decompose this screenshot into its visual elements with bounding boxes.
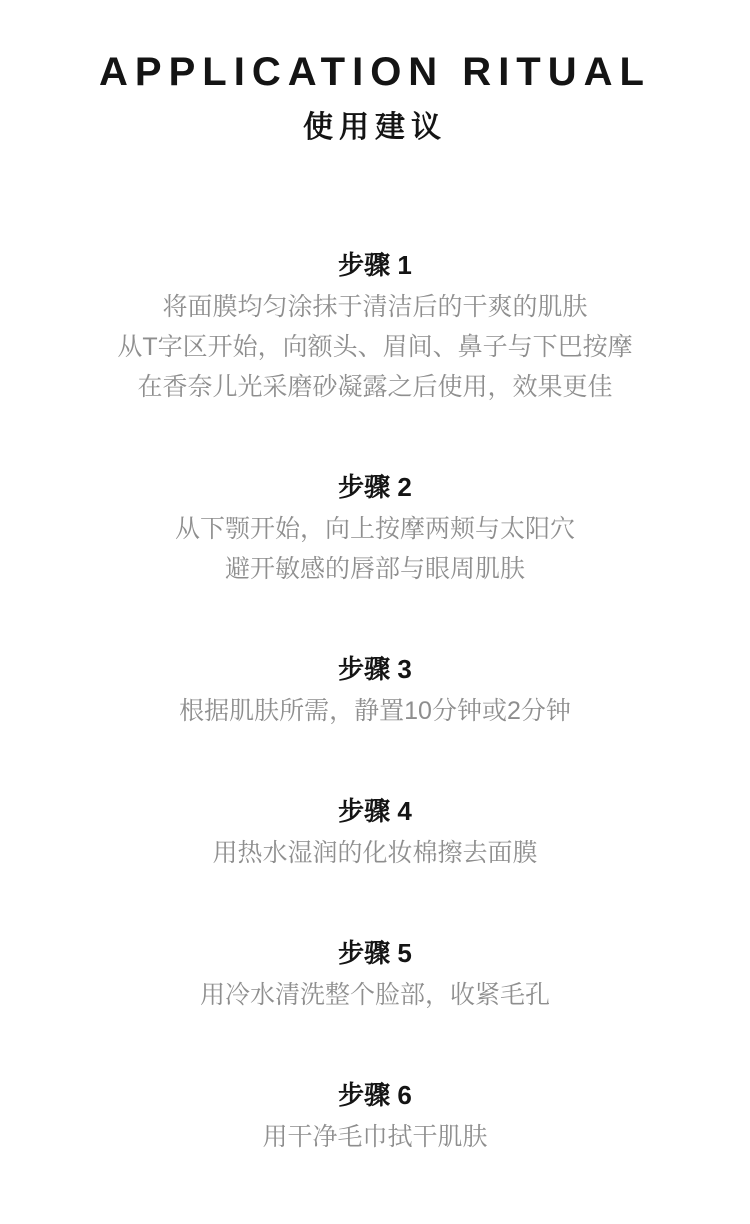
step-instruction-line: 避开敏感的唇部与眼周肌肤 — [0, 549, 750, 589]
step-instructions: 用热水湿润的化妆棉擦去面膜 — [0, 833, 750, 873]
step-instruction-line: 从下颚开始，向上按摩两颊与太阳穴 — [0, 509, 750, 549]
step-instructions: 将面膜均匀涂抹于清洁后的干爽的肌肤 从T字区开始，向额头、眉间、鼻子与下巴按摩 … — [0, 287, 750, 407]
section-header: APPLICATION RITUAL 使用建议 — [0, 0, 750, 148]
step-instructions: 根据肌肤所需，静置10分钟或2分钟 — [0, 691, 750, 731]
step-instruction-line: 根据肌肤所需，静置10分钟或2分钟 — [0, 691, 750, 731]
step-instruction-line: 在香奈儿光采磨砂凝露之后使用，效果更佳 — [0, 367, 750, 407]
step-title: 步骤 3 — [0, 651, 750, 687]
step-instructions: 从下颚开始，向上按摩两颊与太阳穴 避开敏感的唇部与眼周肌肤 — [0, 509, 750, 589]
step-block-1: 步骤 1 将面膜均匀涂抹于清洁后的干爽的肌肤 从T字区开始，向额头、眉间、鼻子与… — [0, 247, 750, 407]
step-instructions: 用干净毛巾拭干肌肤 — [0, 1117, 750, 1157]
step-title: 步骤 4 — [0, 793, 750, 829]
step-title: 步骤 1 — [0, 247, 750, 283]
step-instruction-line: 用热水湿润的化妆棉擦去面膜 — [0, 833, 750, 873]
step-instruction-line: 用冷水清洗整个脸部，收紧毛孔 — [0, 975, 750, 1015]
step-block-4: 步骤 4 用热水湿润的化妆棉擦去面膜 — [0, 793, 750, 873]
step-instructions: 用冷水清洗整个脸部，收紧毛孔 — [0, 975, 750, 1015]
section-title-en: APPLICATION RITUAL — [0, 50, 750, 94]
step-title: 步骤 2 — [0, 469, 750, 505]
step-title: 步骤 5 — [0, 935, 750, 971]
step-instruction-line: 用干净毛巾拭干肌肤 — [0, 1117, 750, 1157]
step-block-5: 步骤 5 用冷水清洗整个脸部，收紧毛孔 — [0, 935, 750, 1015]
application-ritual-section: APPLICATION RITUAL 使用建议 步骤 1 将面膜均匀涂抹于清洁后… — [0, 0, 750, 1224]
step-block-2: 步骤 2 从下颚开始，向上按摩两颊与太阳穴 避开敏感的唇部与眼周肌肤 — [0, 469, 750, 589]
step-instruction-line: 从T字区开始，向额头、眉间、鼻子与下巴按摩 — [0, 327, 750, 367]
steps-list: 步骤 1 将面膜均匀涂抹于清洁后的干爽的肌肤 从T字区开始，向额头、眉间、鼻子与… — [0, 148, 750, 1157]
step-title: 步骤 6 — [0, 1077, 750, 1113]
section-title-cn: 使用建议 — [0, 108, 750, 148]
step-instruction-line: 将面膜均匀涂抹于清洁后的干爽的肌肤 — [0, 287, 750, 327]
step-block-6: 步骤 6 用干净毛巾拭干肌肤 — [0, 1077, 750, 1157]
step-block-3: 步骤 3 根据肌肤所需，静置10分钟或2分钟 — [0, 651, 750, 731]
